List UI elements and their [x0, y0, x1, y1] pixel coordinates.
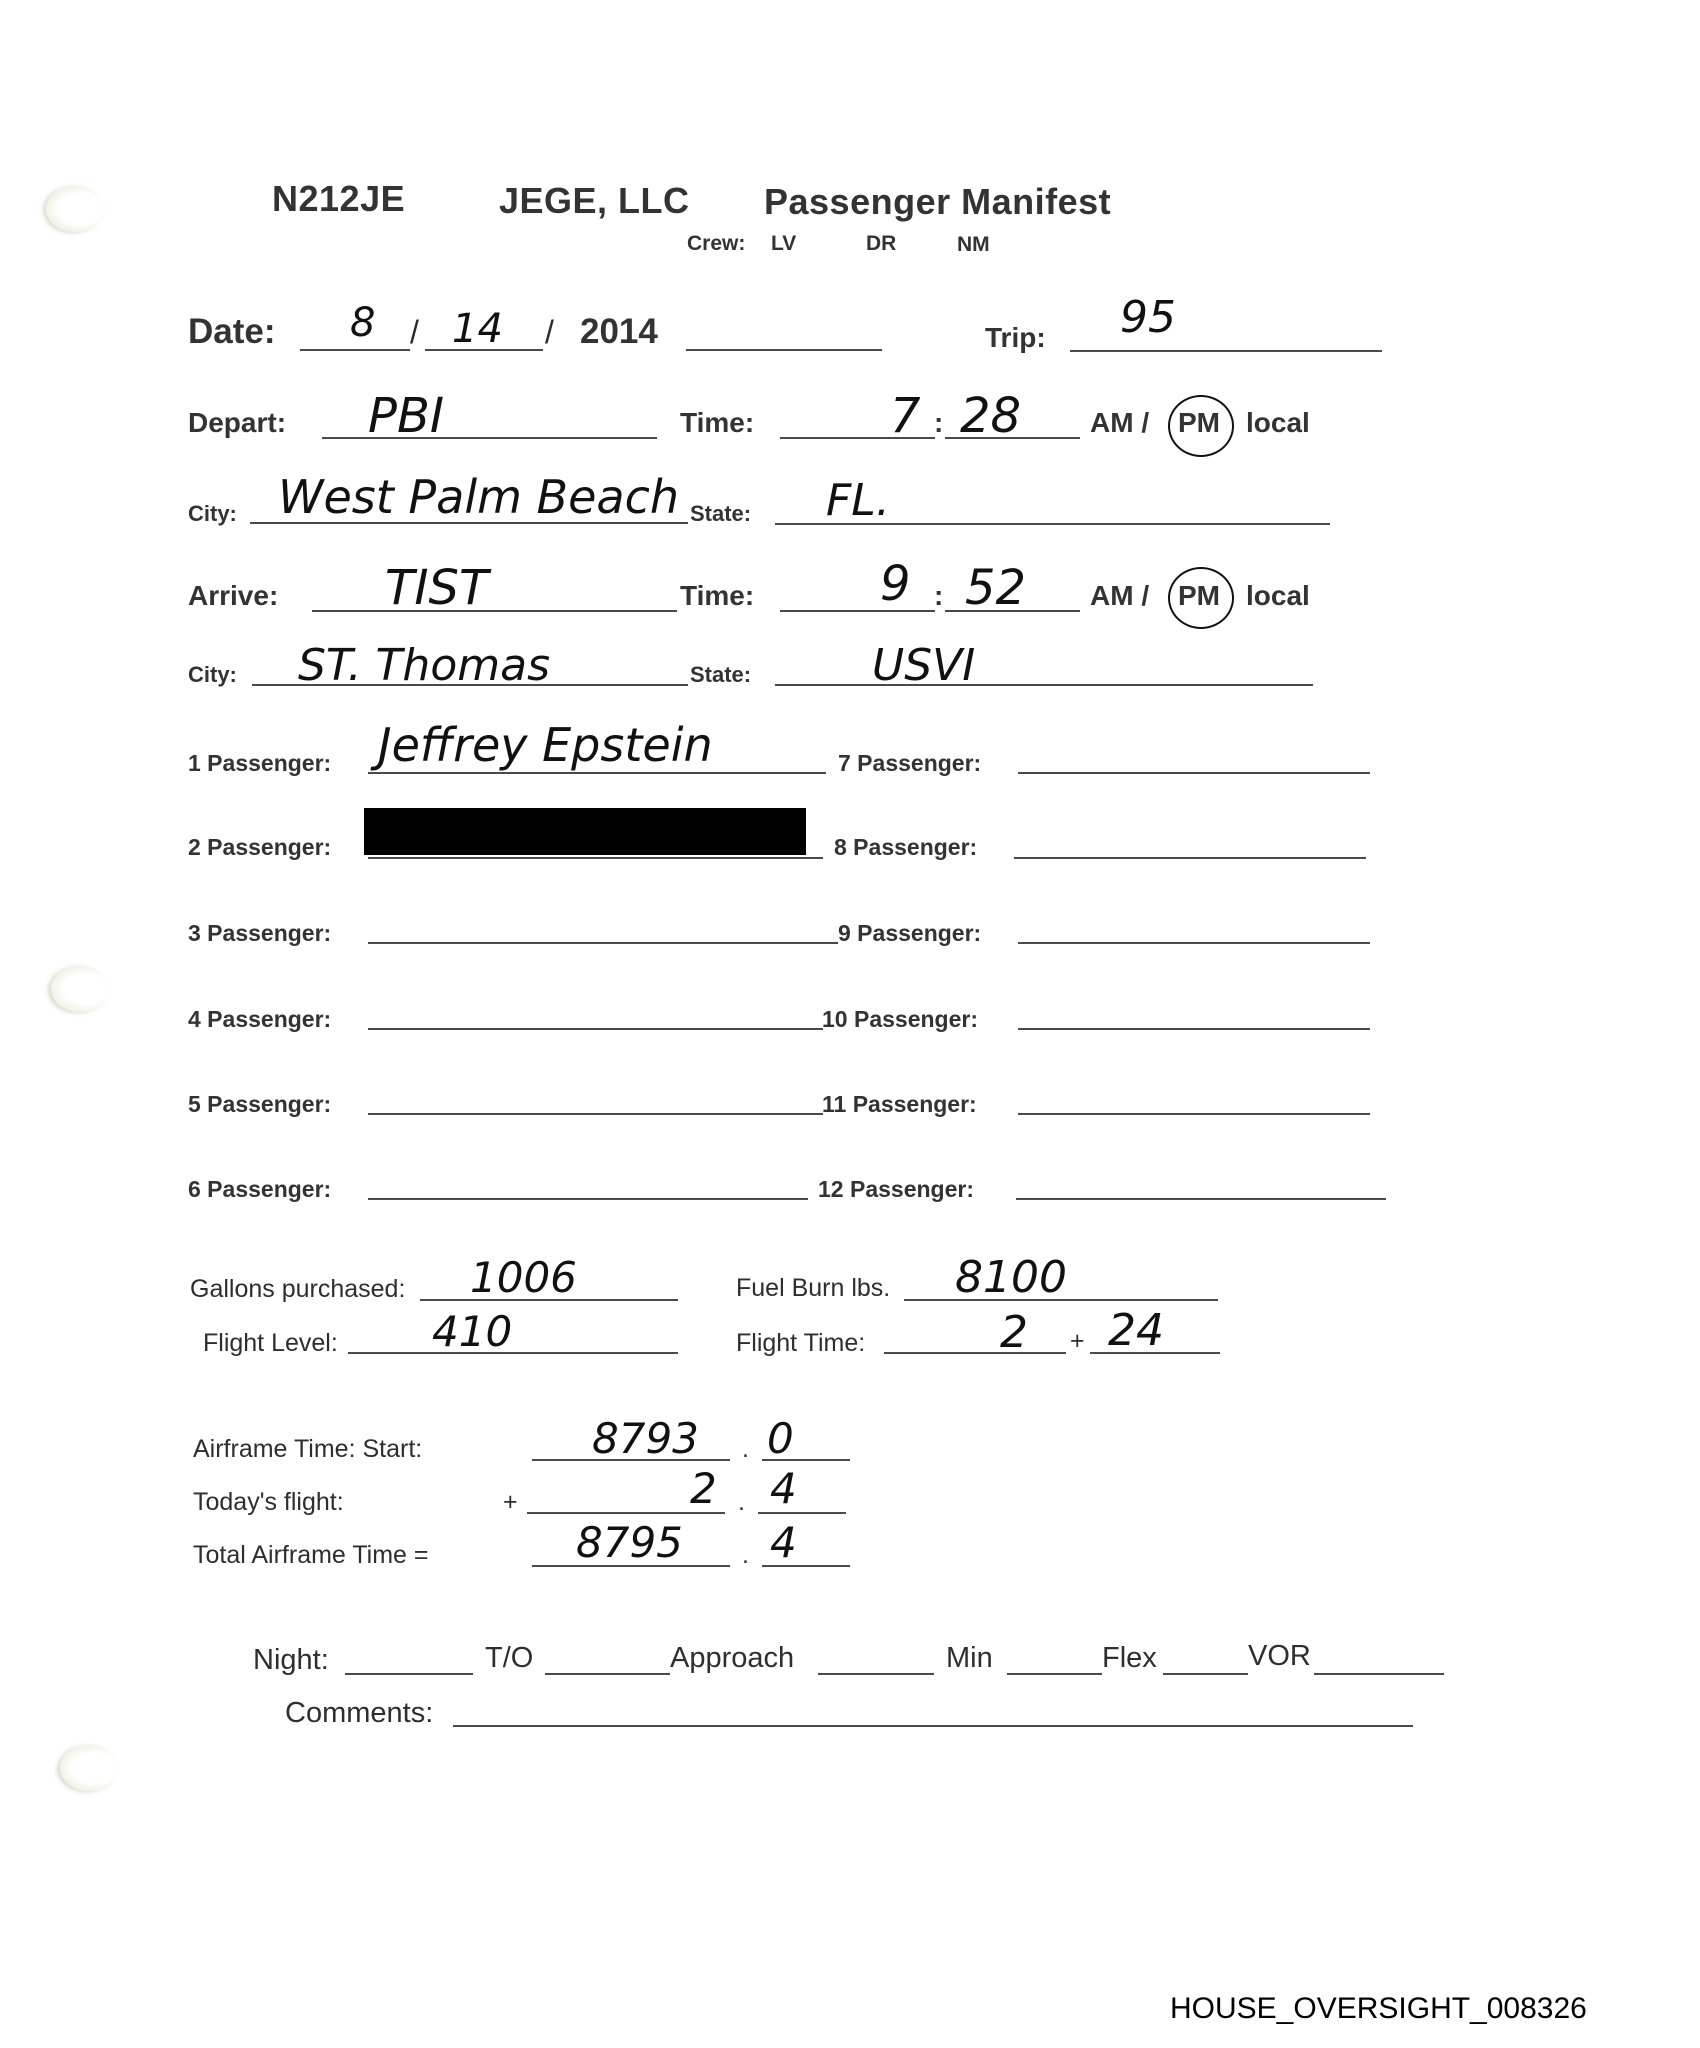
total-airframe-dot: .: [742, 1541, 749, 1570]
passenger-10-line: [1018, 1028, 1370, 1030]
flight-level-value[interactable]: 410: [432, 1307, 512, 1356]
passenger-3-line: [368, 942, 838, 944]
passenger-8-label: 8 Passenger:: [834, 834, 977, 861]
fuel-burn-value[interactable]: 8100: [955, 1252, 1067, 1303]
arrive-state[interactable]: USVI: [872, 640, 975, 691]
arrive-minute[interactable]: 52: [965, 560, 1026, 616]
airframe-start-dot: .: [742, 1435, 749, 1464]
total-airframe-tenth[interactable]: 4: [770, 1518, 797, 1567]
passenger-7-line: [1018, 772, 1370, 774]
approach-label: Approach: [670, 1642, 794, 1675]
passenger-3-label: 3 Passenger:: [188, 920, 331, 947]
flex-label: Flex: [1102, 1642, 1157, 1675]
arrive-city[interactable]: ST. Thomas: [298, 640, 550, 691]
arrive-time-colon: :: [934, 580, 943, 612]
flight-time-plus: +: [1070, 1327, 1085, 1356]
flight-level-label: Flight Level:: [203, 1329, 338, 1358]
date-sep-2: /: [545, 314, 554, 351]
airframe-start-whole[interactable]: 8793: [592, 1414, 699, 1463]
passenger-1-line: [368, 772, 826, 774]
company-name: JEGE, LLC: [499, 180, 690, 222]
date-year-line: [686, 349, 882, 351]
date-label: Date:: [188, 312, 276, 352]
flight-hours[interactable]: 2: [1000, 1307, 1028, 1358]
tail-number: N212JE: [272, 178, 405, 220]
date-month-line: [300, 349, 410, 351]
todays-flight-whole[interactable]: 2: [690, 1464, 717, 1513]
arrive-am-option[interactable]: AM /: [1090, 580, 1149, 612]
crew-member-2: DR: [866, 232, 896, 256]
comments-label: Comments:: [285, 1697, 433, 1730]
total-airframe-whole[interactable]: 8795: [576, 1518, 683, 1567]
passenger-4-line: [368, 1028, 823, 1030]
depart-pm-circle: [1168, 395, 1234, 457]
passenger-4-label: 4 Passenger:: [188, 1006, 331, 1033]
depart-label: Depart:: [188, 407, 286, 439]
passenger-1-name[interactable]: Jeffrey Epstein: [378, 718, 713, 772]
arrive-state-line: [775, 684, 1313, 686]
date-year: 2014: [580, 312, 658, 352]
arrive-pm-circle: [1168, 567, 1234, 629]
passenger-2-redaction: [364, 808, 806, 855]
date-month[interactable]: 8: [350, 300, 375, 346]
vor-label: VOR: [1248, 1640, 1311, 1673]
passenger-11-line: [1018, 1113, 1370, 1115]
bates-number: HOUSE_OVERSIGHT_008326: [1170, 1992, 1587, 2026]
binder-hole-middle: [51, 966, 109, 1012]
crew-label: Crew:: [687, 232, 745, 256]
min-line: [1007, 1673, 1102, 1675]
depart-time-label: Time:: [680, 407, 754, 439]
depart-state-label: State:: [690, 501, 751, 527]
binder-hole-top: [46, 186, 104, 232]
date-sep-1: /: [410, 314, 419, 351]
night-line: [345, 1673, 473, 1675]
passenger-5-line: [368, 1113, 823, 1115]
passenger-1-label: 1 Passenger:: [188, 750, 331, 777]
todays-flight-tenth[interactable]: 4: [770, 1464, 797, 1513]
airframe-start-label: Airframe Time: Start:: [193, 1435, 422, 1464]
depart-airport[interactable]: PBI: [368, 388, 444, 444]
passenger-5-label: 5 Passenger:: [188, 1091, 331, 1118]
arrive-hour[interactable]: 9: [880, 556, 911, 612]
passenger-11-label: 11 Passenger:: [822, 1091, 977, 1118]
todays-flight-label: Today's flight:: [193, 1488, 344, 1517]
trip-label: Trip:: [985, 322, 1046, 354]
passenger-6-label: 6 Passenger:: [188, 1176, 331, 1203]
crew-member-1: LV: [771, 232, 796, 256]
depart-time-colon: :: [934, 407, 943, 439]
depart-city-label: City:: [188, 501, 237, 527]
arrive-state-label: State:: [690, 662, 751, 688]
depart-am-option[interactable]: AM /: [1090, 407, 1149, 439]
vor-line: [1314, 1673, 1444, 1675]
passenger-8-line: [1014, 857, 1366, 859]
todays-flight-plus: +: [503, 1488, 518, 1517]
arrive-city-label: City:: [188, 662, 237, 688]
arrive-hour-line: [780, 610, 935, 612]
depart-local-label: local: [1246, 407, 1310, 439]
approach-line: [818, 1673, 934, 1675]
binder-hole-bottom: [60, 1745, 118, 1791]
passenger-2-line: [368, 857, 823, 859]
date-day[interactable]: 14: [452, 306, 503, 352]
depart-minute[interactable]: 28: [960, 388, 1021, 444]
passenger-9-line: [1018, 942, 1370, 944]
total-airframe-label: Total Airframe Time =: [193, 1541, 429, 1570]
flight-level-line: [348, 1352, 678, 1354]
comments-line: [453, 1725, 1413, 1727]
min-label: Min: [946, 1642, 993, 1675]
passenger-12-label: 12 Passenger:: [818, 1176, 974, 1203]
todays-flight-dot: .: [738, 1488, 745, 1517]
arrive-time-label: Time:: [680, 580, 754, 612]
trip-line: [1070, 350, 1382, 352]
trip-number[interactable]: 95: [1120, 292, 1176, 343]
flight-minutes[interactable]: 24: [1108, 1305, 1164, 1356]
passenger-2-label: 2 Passenger:: [188, 834, 331, 861]
gallons-label: Gallons purchased:: [190, 1275, 405, 1304]
arrive-line: [312, 610, 677, 612]
to-label: T/O: [485, 1642, 533, 1675]
gallons-value[interactable]: 1006: [470, 1253, 577, 1302]
depart-city[interactable]: West Palm Beach: [278, 470, 679, 524]
passenger-10-label: 10 Passenger:: [822, 1006, 978, 1033]
arrive-local-label: local: [1246, 580, 1310, 612]
passenger-9-label: 9 Passenger:: [838, 920, 981, 947]
arrive-airport[interactable]: TIST: [385, 560, 488, 616]
airframe-start-tenth[interactable]: 0: [767, 1414, 794, 1463]
flight-hours-line: [884, 1352, 1066, 1354]
arrive-label: Arrive:: [188, 580, 278, 612]
passenger-7-label: 7 Passenger:: [838, 750, 981, 777]
passenger-6-line: [368, 1198, 808, 1200]
crew-member-3: NM: [957, 233, 990, 257]
depart-hour[interactable]: 7: [890, 388, 921, 444]
flex-line: [1163, 1673, 1248, 1675]
fuel-burn-label: Fuel Burn lbs.: [736, 1274, 890, 1303]
flight-time-label: Flight Time:: [736, 1329, 865, 1358]
depart-state[interactable]: FL.: [826, 475, 890, 526]
to-line: [545, 1673, 670, 1675]
form-title: Passenger Manifest: [764, 181, 1111, 223]
night-label: Night:: [253, 1644, 329, 1677]
passenger-12-line: [1016, 1198, 1386, 1200]
